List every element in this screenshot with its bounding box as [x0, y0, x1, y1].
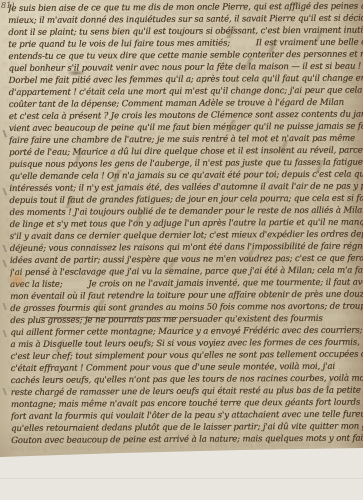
ink-smudge	[63, 69, 89, 77]
paper-stain	[3, 267, 31, 292]
page-number-annotation: 81)	[1, 1, 14, 10]
paper-sheet: Je suis bien aise de ce que tu me dis de…	[0, 0, 363, 457]
letter-scan: Je suis bien aise de ce que tu me dis de…	[0, 0, 363, 500]
show-through-marks	[0, 0, 363, 457]
